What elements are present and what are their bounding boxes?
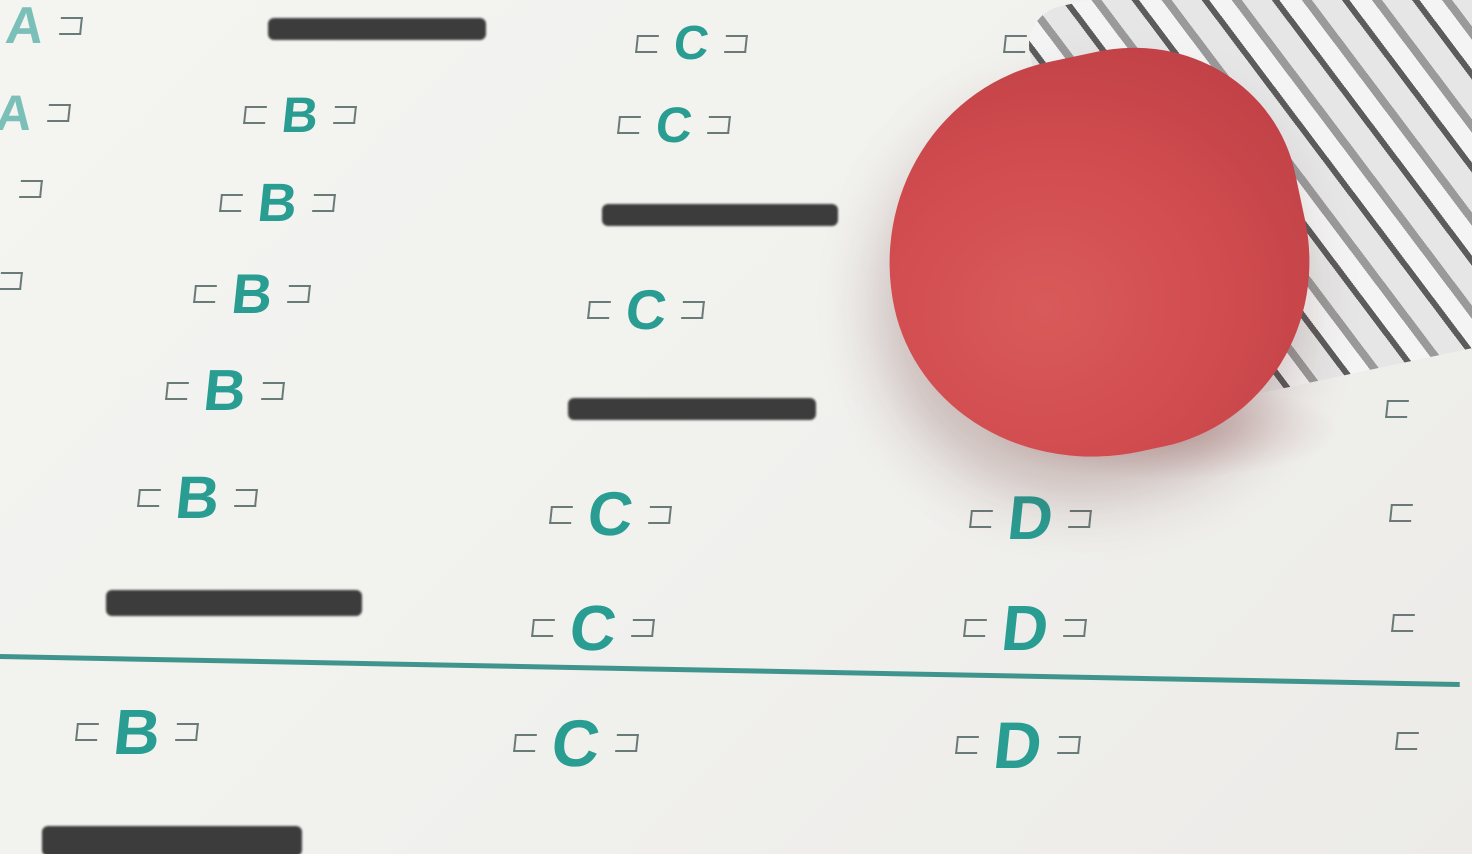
letter-A: A xyxy=(0,88,35,138)
pencil-mark-9B xyxy=(42,826,302,854)
letter-D: D xyxy=(1005,488,1056,550)
letter-B: B xyxy=(201,362,249,420)
section-divider-line xyxy=(0,654,1460,687)
bubble-6D: D xyxy=(967,488,1094,550)
letter-C: C xyxy=(623,282,669,338)
bracket xyxy=(175,723,199,741)
bubble-right-edge xyxy=(1391,614,1415,632)
bubble-8C: C xyxy=(511,710,642,776)
bubble-2B: B xyxy=(241,90,358,140)
bracket xyxy=(47,104,71,122)
bracket xyxy=(234,489,258,507)
bubble-4C: C xyxy=(585,282,707,338)
pencil-mark-3C xyxy=(602,204,838,226)
bracket xyxy=(513,734,537,752)
bracket xyxy=(59,17,83,35)
bubble-8B: B xyxy=(73,700,202,764)
bracket xyxy=(312,194,336,212)
pencil-mark-1B xyxy=(268,18,486,40)
bracket xyxy=(19,180,43,198)
bubble-1C: C xyxy=(633,20,749,68)
bracket xyxy=(1385,400,1409,418)
letter-B: B xyxy=(111,700,164,764)
bracket xyxy=(1389,504,1413,522)
bracket xyxy=(587,301,611,319)
bracket xyxy=(0,272,23,290)
letter-C: C xyxy=(585,484,636,546)
letter-C: C xyxy=(653,100,694,150)
bracket xyxy=(1057,736,1081,754)
letter-B: B xyxy=(229,266,275,322)
letter-C: C xyxy=(567,596,620,660)
pencil-mark-5C xyxy=(568,398,816,420)
bracket xyxy=(724,35,748,53)
bracket xyxy=(707,116,731,134)
bracket xyxy=(1068,510,1092,528)
bubble-8D: D xyxy=(953,712,1084,778)
bracket xyxy=(137,489,161,507)
bracket xyxy=(243,106,267,124)
bubble-6C: C xyxy=(547,484,674,546)
bubble-right-edge xyxy=(1385,400,1409,418)
bracket xyxy=(617,116,641,134)
bracket xyxy=(1391,614,1415,632)
bracket xyxy=(288,285,312,303)
letter-A: A xyxy=(3,0,46,52)
letter-C: C xyxy=(549,710,604,776)
letter-D: D xyxy=(999,596,1052,660)
bracket xyxy=(635,35,659,53)
bubble-1A: A xyxy=(0,0,84,52)
bubble-5B: B xyxy=(163,362,287,420)
bracket xyxy=(631,619,655,637)
bracket xyxy=(75,723,99,741)
bracket xyxy=(1003,35,1027,53)
bubble-2C: C xyxy=(615,100,732,150)
bracket xyxy=(682,301,706,319)
bracket xyxy=(193,285,217,303)
bracket xyxy=(648,506,672,524)
letter-B: B xyxy=(255,176,300,230)
letter-D: D xyxy=(991,712,1046,778)
bubble-4A xyxy=(0,272,23,290)
bracket xyxy=(969,510,993,528)
letter-B: B xyxy=(279,90,320,140)
bracket xyxy=(261,382,285,400)
bracket xyxy=(333,106,357,124)
bubble-4B: B xyxy=(191,266,313,322)
bracket xyxy=(955,736,979,754)
letter-C: C xyxy=(671,20,711,68)
bracket xyxy=(165,382,189,400)
letter-B: B xyxy=(173,468,223,528)
bracket xyxy=(1063,619,1087,637)
bubble-3A xyxy=(19,180,43,198)
bubble-right-edge xyxy=(1389,504,1413,522)
bubble-6B: B xyxy=(135,468,261,528)
bracket xyxy=(549,506,573,524)
bubble-3B: B xyxy=(217,176,338,230)
bubble-7D: D xyxy=(961,596,1090,660)
bubble-right-edge xyxy=(1395,732,1419,750)
bracket xyxy=(615,734,639,752)
pencil-mark-7B xyxy=(106,590,362,616)
bracket xyxy=(531,619,555,637)
bracket xyxy=(1395,732,1419,750)
bracket xyxy=(963,619,987,637)
bracket xyxy=(219,194,243,212)
bubble-2A: A xyxy=(0,88,73,138)
bubble-7C: C xyxy=(529,596,658,660)
